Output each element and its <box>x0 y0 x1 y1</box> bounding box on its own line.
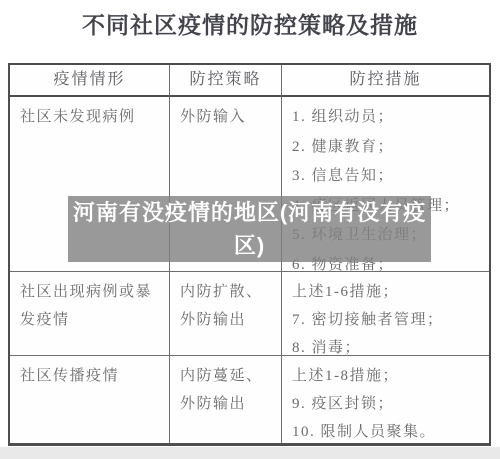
row2-strategy-cell: 内防扩散、外防输出 <box>170 272 282 356</box>
measure-item: 8. 消毒； <box>292 334 483 356</box>
measure-item: 2. 健康教育； <box>292 133 483 163</box>
measure-item: 9. 疫区封锁； <box>292 390 483 418</box>
row2-situation-cell: 社区出现病例或暴发疫情 <box>10 272 170 356</box>
column-header-strategy: 防控策略 <box>170 65 282 97</box>
column-header-measures: 防控措施 <box>282 65 489 97</box>
watermark-line: 区) <box>68 229 431 262</box>
page-title: 不同社区疫情的防控策略及措施 <box>0 7 500 40</box>
row3-strategy-cell: 内防蔓延、外防输出 <box>170 356 282 443</box>
measure-item: 3. 信息告知； <box>292 162 483 192</box>
row3-measures-cell: 上述1-8措施； 9. 疫区封锁； 10. 限制人员聚集。 <box>282 356 489 443</box>
watermark-overlay: 河南有没疫情的地区(河南有没有疫 区) <box>68 196 431 262</box>
watermark-line: 河南有没疫情的地区(河南有没有疫 <box>68 196 431 229</box>
measure-item: 7. 密切接触者管理； <box>292 306 483 334</box>
row2-measures-cell: 上述1-6措施； 7. 密切接触者管理； 8. 消毒； <box>282 272 489 356</box>
measure-item: 1. 组织动员； <box>292 103 483 133</box>
row3-situation-cell: 社区传播疫情 <box>10 356 170 443</box>
measure-item: 上述1-8措施； <box>292 362 483 390</box>
page-bottom-strip <box>0 447 500 459</box>
measure-item: 10. 限制人员聚集。 <box>292 418 483 443</box>
column-header-situation: 疫情情形 <box>10 65 170 97</box>
measure-item: 上述1-6措施； <box>292 278 483 306</box>
